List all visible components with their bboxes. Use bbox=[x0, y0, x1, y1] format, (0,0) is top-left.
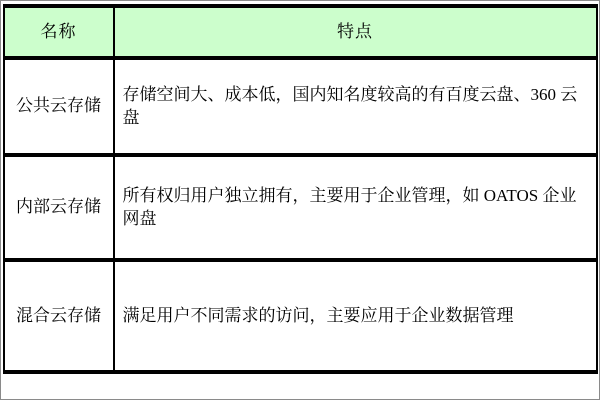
cloud-storage-comparison-table: 名称 特点 公共云存储 存储空间大、成本低，国内知名度较高的有百度云盘、360 … bbox=[3, 4, 598, 374]
storage-feature-internal-cloud: 所有权归用户独立拥有，主要用于企业管理，如 OATOS 企业网盘 bbox=[114, 155, 597, 260]
table-row: 混合云存储 满足用户不同需求的访问，主要应用于企业数据管理 bbox=[4, 260, 597, 372]
storage-feature-hybrid-cloud: 满足用户不同需求的访问，主要应用于企业数据管理 bbox=[114, 260, 597, 372]
column-header-feature: 特点 bbox=[114, 6, 597, 58]
header-row: 名称 特点 bbox=[4, 6, 597, 58]
storage-feature-public-cloud: 存储空间大、成本低，国内知名度较高的有百度云盘、360 云盘 bbox=[114, 58, 597, 155]
storage-type-hybrid-cloud: 混合云存储 bbox=[4, 260, 114, 372]
table-row: 公共云存储 存储空间大、成本低，国内知名度较高的有百度云盘、360 云盘 bbox=[4, 58, 597, 155]
document-page: 名称 特点 公共云存储 存储空间大、成本低，国内知名度较高的有百度云盘、360 … bbox=[0, 0, 600, 400]
storage-type-internal-cloud: 内部云存储 bbox=[4, 155, 114, 260]
table-header: 名称 特点 bbox=[4, 6, 597, 58]
column-header-name: 名称 bbox=[4, 6, 114, 58]
table-body: 公共云存储 存储空间大、成本低，国内知名度较高的有百度云盘、360 云盘 内部云… bbox=[4, 58, 597, 372]
table-row: 内部云存储 所有权归用户独立拥有，主要用于企业管理，如 OATOS 企业网盘 bbox=[4, 155, 597, 260]
storage-type-public-cloud: 公共云存储 bbox=[4, 58, 114, 155]
